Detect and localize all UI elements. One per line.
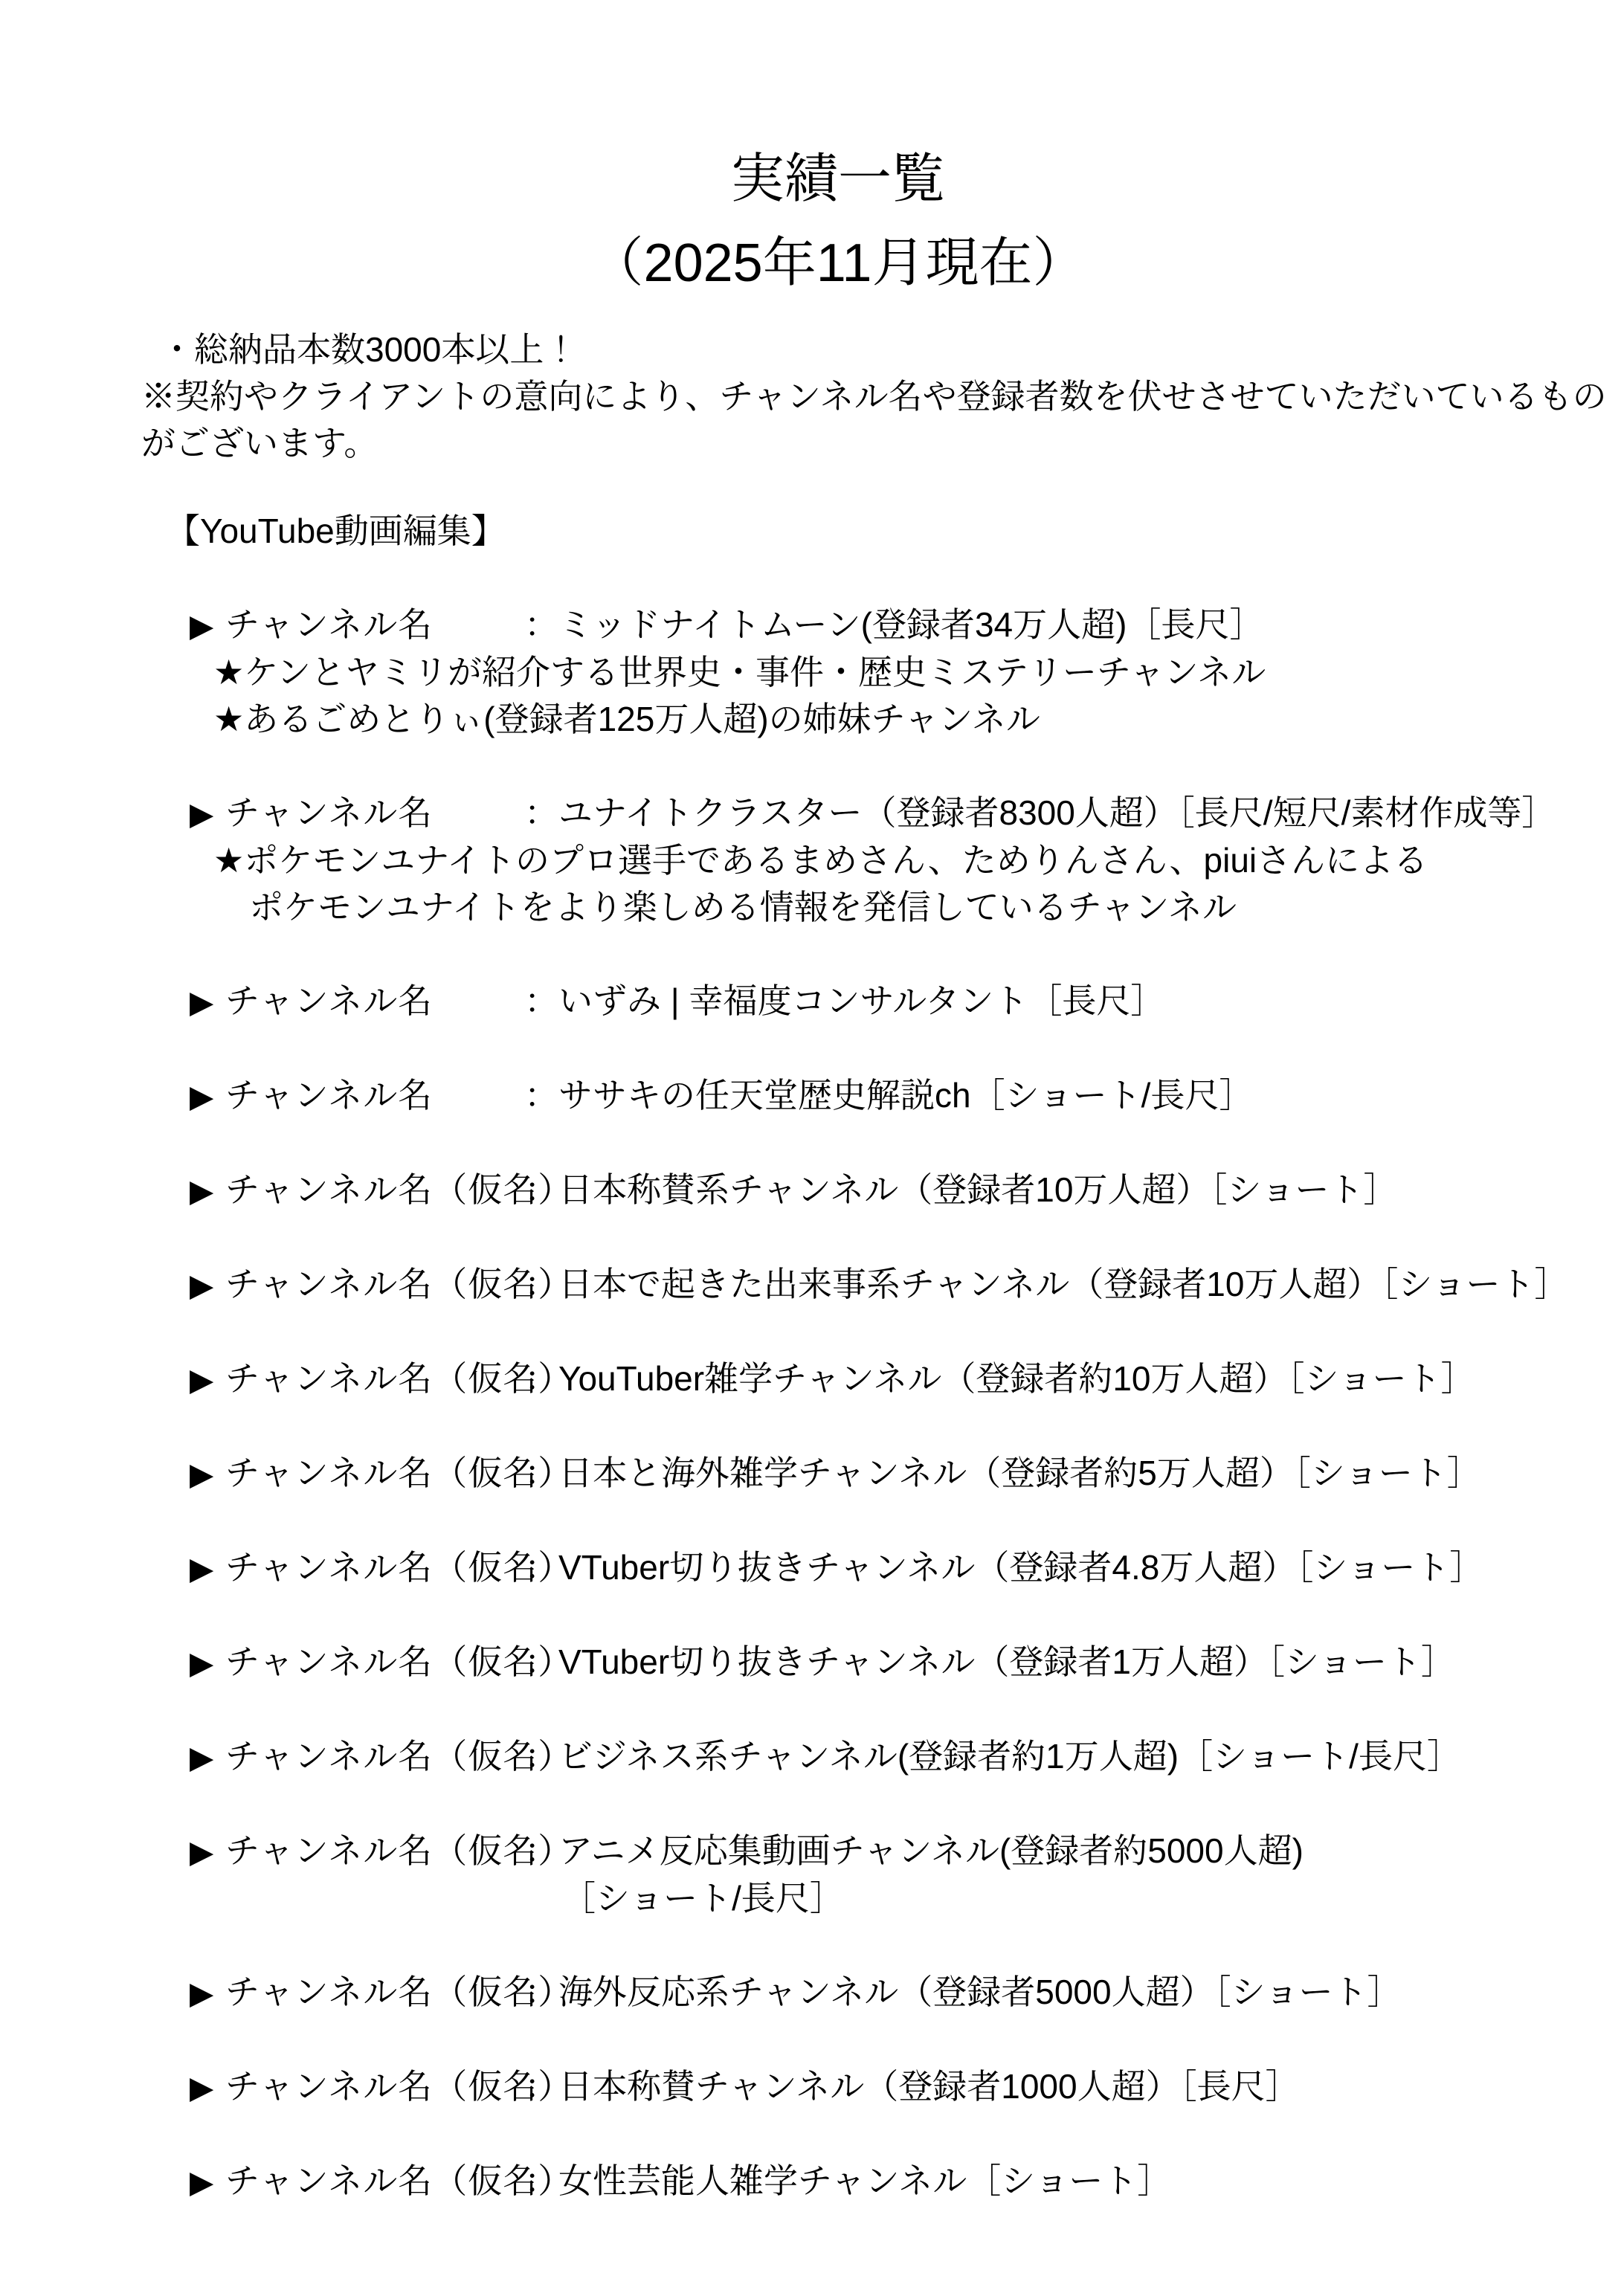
star-icon: ★ (213, 649, 244, 696)
entry-colon: ： (524, 978, 558, 1025)
entry-colon: ： (524, 1639, 558, 1686)
channel-entry: ▶ チャンネル名（仮名） ： 日本と海外雑学チャンネル（登録者約5万人超）［ショ… (141, 1450, 1535, 1497)
entry-label: チャンネル名（仮名） (225, 2063, 524, 2110)
channel-entry-line: ▶ チャンネル名（仮名） ： 海外反応系チャンネル（登録者5000人超）［ショー… (190, 1969, 1535, 2016)
entry-colon: ： (524, 1969, 558, 2016)
page-title: 実績一覧 (141, 138, 1535, 222)
channel-entry: ▶ チャンネル名（仮名） ： ビジネス系チャンネル(登録者約1万人超)［ショート… (141, 1733, 1535, 1781)
channel-entry: ▶ チャンネル名（仮名） ： 日本称賛系チャンネル（登録者10万人超）［ショート… (141, 1167, 1535, 1214)
entry-description: ササキの任天堂歴史解説ch［ショート/長尺］ (558, 1072, 1253, 1119)
entry-colon: ： (524, 1261, 558, 1308)
triangle-bullet-icon: ▶ (190, 2158, 225, 2205)
star-note-text: ケンとヤミリが紹介する世界史・事件・歴史ミステリーチャンネル (244, 653, 1266, 691)
entry-description: 日本称賛チャンネル（登録者1000人超）［長尺］ (558, 2063, 1300, 2110)
entry-label: チャンネル名（仮名） (225, 1969, 524, 2016)
note-disclaimer-line1: ※契約やクライアントの意向により、チャンネル名や登録者数を伏せさせていただいてい… (141, 373, 1535, 420)
channel-entry: ▶ チャンネル名（仮名） ： 女性芸能人雑学チャンネル［ショート］ (141, 2158, 1535, 2205)
entry-colon: ： (524, 1733, 558, 1780)
channel-entry: ▶ チャンネル名 ： ササキの任天堂歴史解説ch［ショート/長尺］ (141, 1072, 1535, 1120)
star-note: ★ケンとヤミリが紹介する世界史・事件・歴史ミステリーチャンネル (213, 649, 1535, 696)
entry-description: 海外反応系チャンネル（登録者5000人超）［ショート］ (558, 1969, 1402, 2016)
channel-entry-line: ▶ チャンネル名（仮名） ： 日本で起きた出来事系チャンネル（登録者10万人超）… (190, 1261, 1535, 1309)
bracket-continuation-line: ［ショート/長尺］ (561, 1875, 1535, 1922)
entry-colon: ： (524, 602, 558, 648)
channel-entry: ▶ チャンネル名（仮名） ： 海外反応系チャンネル（登録者5000人超）［ショー… (141, 1969, 1535, 2016)
channel-entry: ▶ チャンネル名（仮名） ： VTuber切り抜きチャンネル（登録者1万人超）［… (141, 1639, 1535, 1686)
entry-label: チャンネル名（仮名） (225, 2158, 524, 2205)
entry-colon: ： (524, 1167, 558, 1213)
triangle-bullet-icon: ▶ (190, 1734, 225, 1781)
section-header-youtube-editing: 【YouTube動画編集】 (166, 508, 1535, 555)
entry-description: ビジネス系チャンネル(登録者約1万人超)［ショート/長尺］ (558, 1733, 1461, 1780)
entry-description: 日本で起きた出来事系チャンネル（登録者10万人超）［ショート］ (558, 1261, 1569, 1308)
channel-entry-line: ▶ チャンネル名（仮名） ： 日本称賛系チャンネル（登録者10万人超）［ショート… (190, 1167, 1535, 1214)
channel-entry-line: ▶ チャンネル名（仮名） ： 日本称賛チャンネル（登録者1000人超）［長尺］ (190, 2063, 1535, 2111)
entry-colon: ： (524, 2158, 558, 2205)
entry-description: 女性芸能人雑学チャンネル［ショート］ (558, 2158, 1171, 2205)
entry-colon: ： (524, 790, 558, 836)
entry-label: チャンネル名 (225, 790, 524, 836)
triangle-bullet-icon: ▶ (190, 2064, 225, 2111)
channel-entry: ▶ チャンネル名（仮名） ： YouTuber雑学チャンネル（登録者約10万人超… (141, 1355, 1535, 1403)
triangle-bullet-icon: ▶ (190, 1639, 225, 1686)
channel-entry: ▶ チャンネル名 ： いずみ | 幸福度コンサルタント［長尺］ (141, 978, 1535, 1025)
channel-entry-line: ▶ チャンネル名 ： ササキの任天堂歴史解説ch［ショート/長尺］ (190, 1072, 1535, 1120)
entry-label: チャンネル名（仮名） (225, 1733, 524, 1780)
triangle-bullet-icon: ▶ (190, 1828, 225, 1875)
entry-label: チャンネル名（仮名） (225, 1828, 524, 1874)
entry-label: チャンネル名 (225, 978, 524, 1025)
triangle-bullet-icon: ▶ (190, 978, 225, 1025)
entry-description: ユナイトクラスター（登録者8300人超）［長尺/短尺/素材作成等］ (558, 790, 1556, 836)
achievements-document-page: 実績一覧 （2025年11月現在） ・総納品本数3000本以上！ ※契約やクライ… (0, 0, 1624, 2296)
note-disclaimer-line2: がございます。 (141, 420, 1535, 467)
channel-entry: ▶ チャンネル名 ： ユナイトクラスター（登録者8300人超）［長尺/短尺/素材… (141, 790, 1535, 931)
entry-label: チャンネル名（仮名） (225, 1355, 524, 1402)
channel-entry: ▶ チャンネル名（仮名） ： アニメ反応集動画チャンネル(登録者約5000人超)… (141, 1828, 1535, 1922)
entry-label: チャンネル名（仮名） (225, 1167, 524, 1213)
triangle-bullet-icon: ▶ (190, 602, 225, 649)
triangle-bullet-icon: ▶ (190, 1545, 225, 1592)
entry-colon: ： (524, 2063, 558, 2110)
star-note: ★ポケモンユナイトのプロ選手であるまめさん、ためりんさん、piuiさんによる (213, 837, 1535, 884)
triangle-bullet-icon: ▶ (190, 790, 225, 837)
channel-entry: ▶ チャンネル名（仮名） ： 日本称賛チャンネル（登録者1000人超）［長尺］ (141, 2063, 1535, 2111)
entry-colon: ： (524, 1544, 558, 1591)
triangle-bullet-icon: ▶ (190, 1073, 225, 1120)
entry-colon: ： (524, 1072, 558, 1119)
star-icon: ★ (213, 696, 244, 743)
entry-description: 日本と海外雑学チャンネル（登録者約5万人超）［ショート］ (558, 1450, 1481, 1497)
entry-label: チャンネル名（仮名） (225, 1450, 524, 1497)
page-subtitle: （2025年11月現在） (141, 222, 1535, 306)
triangle-bullet-icon: ▶ (190, 1262, 225, 1309)
channel-entry-line: ▶ チャンネル名 ： ユナイトクラスター（登録者8300人超）［長尺/短尺/素材… (190, 790, 1535, 837)
star-note-text: ポケモンユナイトのプロ選手であるまめさん、ためりんさん、piuiさんによる (244, 841, 1428, 880)
entry-label: チャンネル名 (225, 1072, 524, 1119)
channel-entry-line: ▶ チャンネル名 ： いずみ | 幸福度コンサルタント［長尺］ (190, 978, 1535, 1025)
channel-entry-line: ▶ チャンネル名 ： ミッドナイトムーン(登録者34万人超)［長尺］ (190, 602, 1535, 649)
entry-colon: ： (524, 1828, 558, 1874)
entry-label: チャンネル名（仮名） (225, 1544, 524, 1591)
channel-entry: ▶ チャンネル名（仮名） ： VTuber切り抜きチャンネル（登録者4.8万人超… (141, 1544, 1535, 1592)
note-total-deliveries: ・総納品本数3000本以上！ (160, 326, 1535, 373)
triangle-bullet-icon: ▶ (190, 1970, 225, 2016)
entry-description: VTuber切り抜きチャンネル（登録者1万人超）［ショート］ (558, 1639, 1455, 1686)
channel-entry-line: ▶ チャンネル名（仮名） ： VTuber切り抜きチャンネル（登録者1万人超）［… (190, 1639, 1535, 1686)
entry-label: チャンネル名（仮名） (225, 1639, 524, 1686)
channel-entry-line: ▶ チャンネル名（仮名） ： YouTuber雑学チャンネル（登録者約10万人超… (190, 1355, 1535, 1403)
channel-entry-line: ▶ チャンネル名（仮名） ： アニメ反応集動画チャンネル(登録者約5000人超) (190, 1828, 1535, 1875)
entry-description: ミッドナイトムーン(登録者34万人超)［長尺］ (558, 602, 1263, 648)
star-note-text: あるごめとりぃ(登録者125万人超)の姉妹チャンネル (244, 700, 1040, 738)
channel-entry: ▶ チャンネル名 ： ミッドナイトムーン(登録者34万人超)［長尺］ ★ケンとヤ… (141, 602, 1535, 743)
star-icon: ★ (213, 837, 244, 884)
entry-description: VTuber切り抜きチャンネル（登録者4.8万人超）［ショート］ (558, 1544, 1483, 1591)
entry-description: いずみ | 幸福度コンサルタント［長尺］ (558, 978, 1164, 1025)
channel-entry-line: ▶ チャンネル名（仮名） ： VTuber切り抜きチャンネル（登録者4.8万人超… (190, 1544, 1535, 1592)
entry-description: アニメ反応集動画チャンネル(登録者約5000人超) (558, 1828, 1304, 1874)
star-note: ★あるごめとりぃ(登録者125万人超)の姉妹チャンネル (213, 696, 1535, 743)
title-block: 実績一覧 （2025年11月現在） (141, 138, 1535, 306)
entry-label: チャンネル名（仮名） (225, 1261, 524, 1308)
entry-description: YouTuber雑学チャンネル（登録者約10万人超）［ショート］ (558, 1355, 1475, 1402)
continuation-line: ポケモンユナイトをより楽しめる情報を発信しているチャンネル (249, 884, 1535, 931)
entry-colon: ： (524, 1355, 558, 1402)
triangle-bullet-icon: ▶ (190, 1356, 225, 1403)
channel-entry-line: ▶ チャンネル名（仮名） ： ビジネス系チャンネル(登録者約1万人超)［ショート… (190, 1733, 1535, 1781)
entry-description: 日本称賛系チャンネル（登録者10万人超）［ショート］ (558, 1167, 1398, 1213)
entry-colon: ： (524, 1450, 558, 1497)
channel-entry: ▶ チャンネル名（仮名） ： 日本で起きた出来事系チャンネル（登録者10万人超）… (141, 1261, 1535, 1309)
triangle-bullet-icon: ▶ (190, 1451, 225, 1497)
triangle-bullet-icon: ▶ (190, 1167, 225, 1214)
channel-entry-line: ▶ チャンネル名（仮名） ： 女性芸能人雑学チャンネル［ショート］ (190, 2158, 1535, 2205)
notes-block: ・総納品本数3000本以上！ ※契約やクライアントの意向により、チャンネル名や登… (141, 326, 1535, 467)
channel-entry-line: ▶ チャンネル名（仮名） ： 日本と海外雑学チャンネル（登録者約5万人超）［ショ… (190, 1450, 1535, 1497)
entry-label: チャンネル名 (225, 602, 524, 648)
